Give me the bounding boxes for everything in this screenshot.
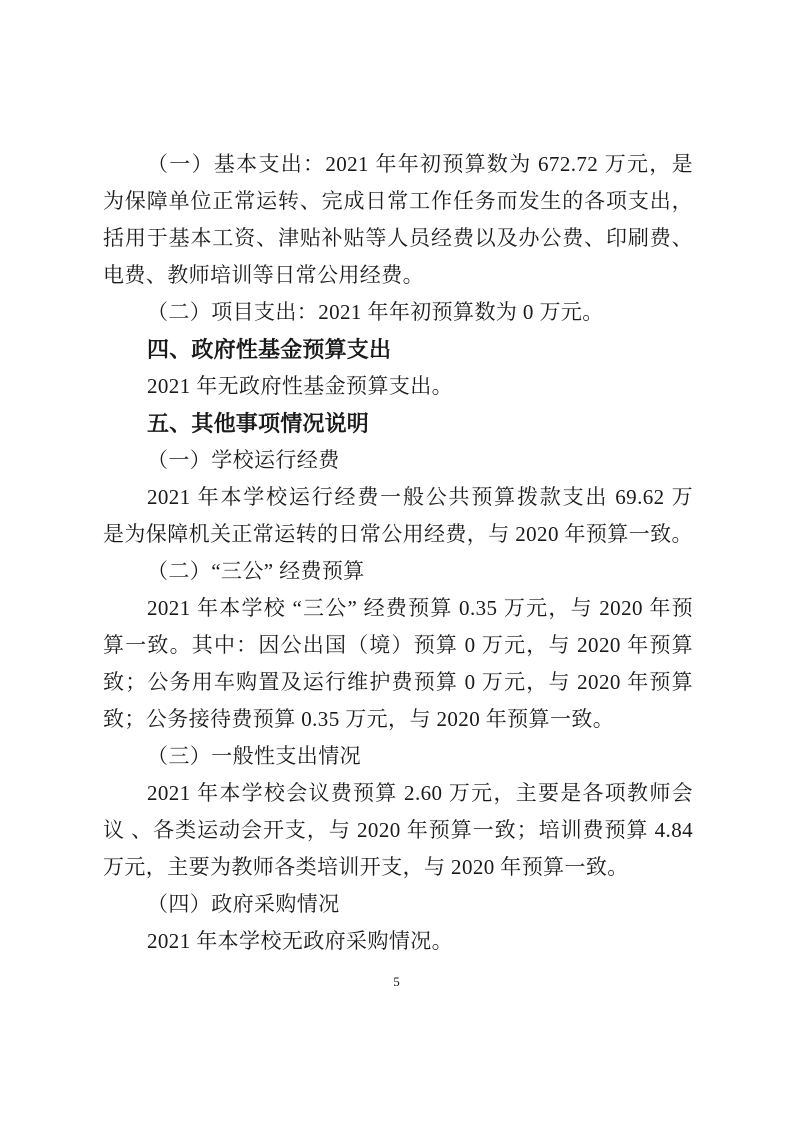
page-number: 5 xyxy=(0,974,793,990)
text-line: 致；公务用车购置及运行维护费预算 0 万元，与 2020 年预算一 xyxy=(103,664,693,701)
text-line: 2021 年无政府性基金预算支出。 xyxy=(103,368,693,405)
section-heading: 四、政府性基金预算支出 xyxy=(103,331,693,368)
text-line: 致；公务接待费预算 0.35 万元，与 2020 年预算一致。 xyxy=(103,701,693,738)
text-line: 是为保障机关正常运转的日常公用经费，与 2020 年预算一致。 xyxy=(103,516,693,553)
text-line: 电费、教师培训等日常公用经费。 xyxy=(103,257,693,294)
section-heading: 五、其他事项情况说明 xyxy=(103,405,693,442)
text-line: 议 、各类运动会开支，与 2020 年预算一致；培训费预算 4.84 xyxy=(103,812,693,849)
text-line: 括用于基本工资、津贴补贴等人员经费以及办公费、印刷费、水 xyxy=(103,220,693,257)
text-line: （一）基本支出：2021 年年初预算数为 672.72 万元，是指 xyxy=(103,146,693,183)
text-line: 算一致。其中：因公出国（境）预算 0 万元，与 2020 年预算一 xyxy=(103,627,693,664)
text-line: （一）学校运行经费 xyxy=(103,442,693,479)
text-line: 2021 年本学校无政府采购情况。 xyxy=(103,923,693,960)
text-line: （二）项目支出：2021 年年初预算数为 0 万元。 xyxy=(103,294,693,331)
text-line: 万元，主要为教师各类培训开支，与 2020 年预算一致。 xyxy=(103,849,693,886)
document-body: （一）基本支出：2021 年年初预算数为 672.72 万元，是指为保障单位正常… xyxy=(103,146,693,960)
document-page: （一）基本支出：2021 年年初预算数为 672.72 万元，是指为保障单位正常… xyxy=(0,0,793,1122)
text-line: 2021 年本学校会议费预算 2.60 万元，主要是各项教师会 xyxy=(103,775,693,812)
text-line: （二）“三公” 经费预算 xyxy=(103,553,693,590)
text-line: （四）政府采购情况 xyxy=(103,886,693,923)
text-line: 2021 年本学校 “三公” 经费预算 0.35 万元，与 2020 年预 xyxy=(103,590,693,627)
text-line: 为保障单位正常运转、完成日常工作任务而发生的各项支出，包 xyxy=(103,183,693,220)
text-line: （三）一般性支出情况 xyxy=(103,738,693,775)
text-line: 2021 年本学校运行经费一般公共预算拨款支出 69.62 万元， xyxy=(103,479,693,516)
